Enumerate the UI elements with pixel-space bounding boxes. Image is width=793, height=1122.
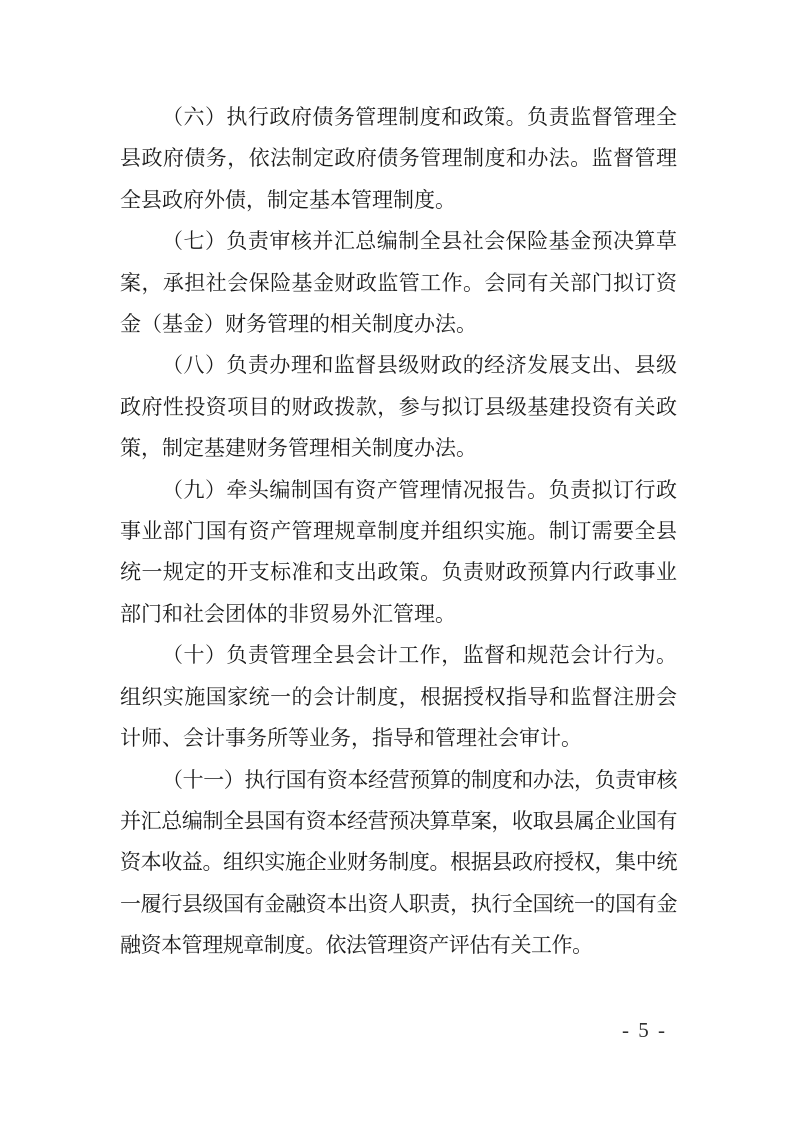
paragraph-item-7: （七）负责审核并汇总编制全县社会保险基金预决算草案，承担社会保险基金财政监管工作… [120,221,677,345]
document-page: （六）执行政府债务管理制度和政策。负责监督管理全县政府债务，依法制定政府债务管理… [0,0,793,1122]
paragraph-item-8: （八）负责办理和监督县级财政的经济发展支出、县级政府性投资项目的财政拨款，参与拟… [120,345,677,469]
paragraph-item-10: （十）负责管理全县会计工作，监督和规范会计行为。组织实施国家统一的会计制度，根据… [120,635,677,759]
page-number: - 5 - [622,1020,667,1041]
paragraph-item-9: （九）牵头编制国有资产管理情况报告。负责拟订行政事业部门国有资产管理规章制度并组… [120,470,677,636]
document-body: （六）执行政府债务管理制度和政策。负责监督管理全县政府债务，依法制定政府债务管理… [120,97,677,967]
paragraph-item-6: （六）执行政府债务管理制度和政策。负责监督管理全县政府债务，依法制定政府债务管理… [120,97,677,221]
paragraph-item-11: （十一）执行国有资本经营预算的制度和办法，负责审核并汇总编制全县国有资本经营预决… [120,760,677,967]
